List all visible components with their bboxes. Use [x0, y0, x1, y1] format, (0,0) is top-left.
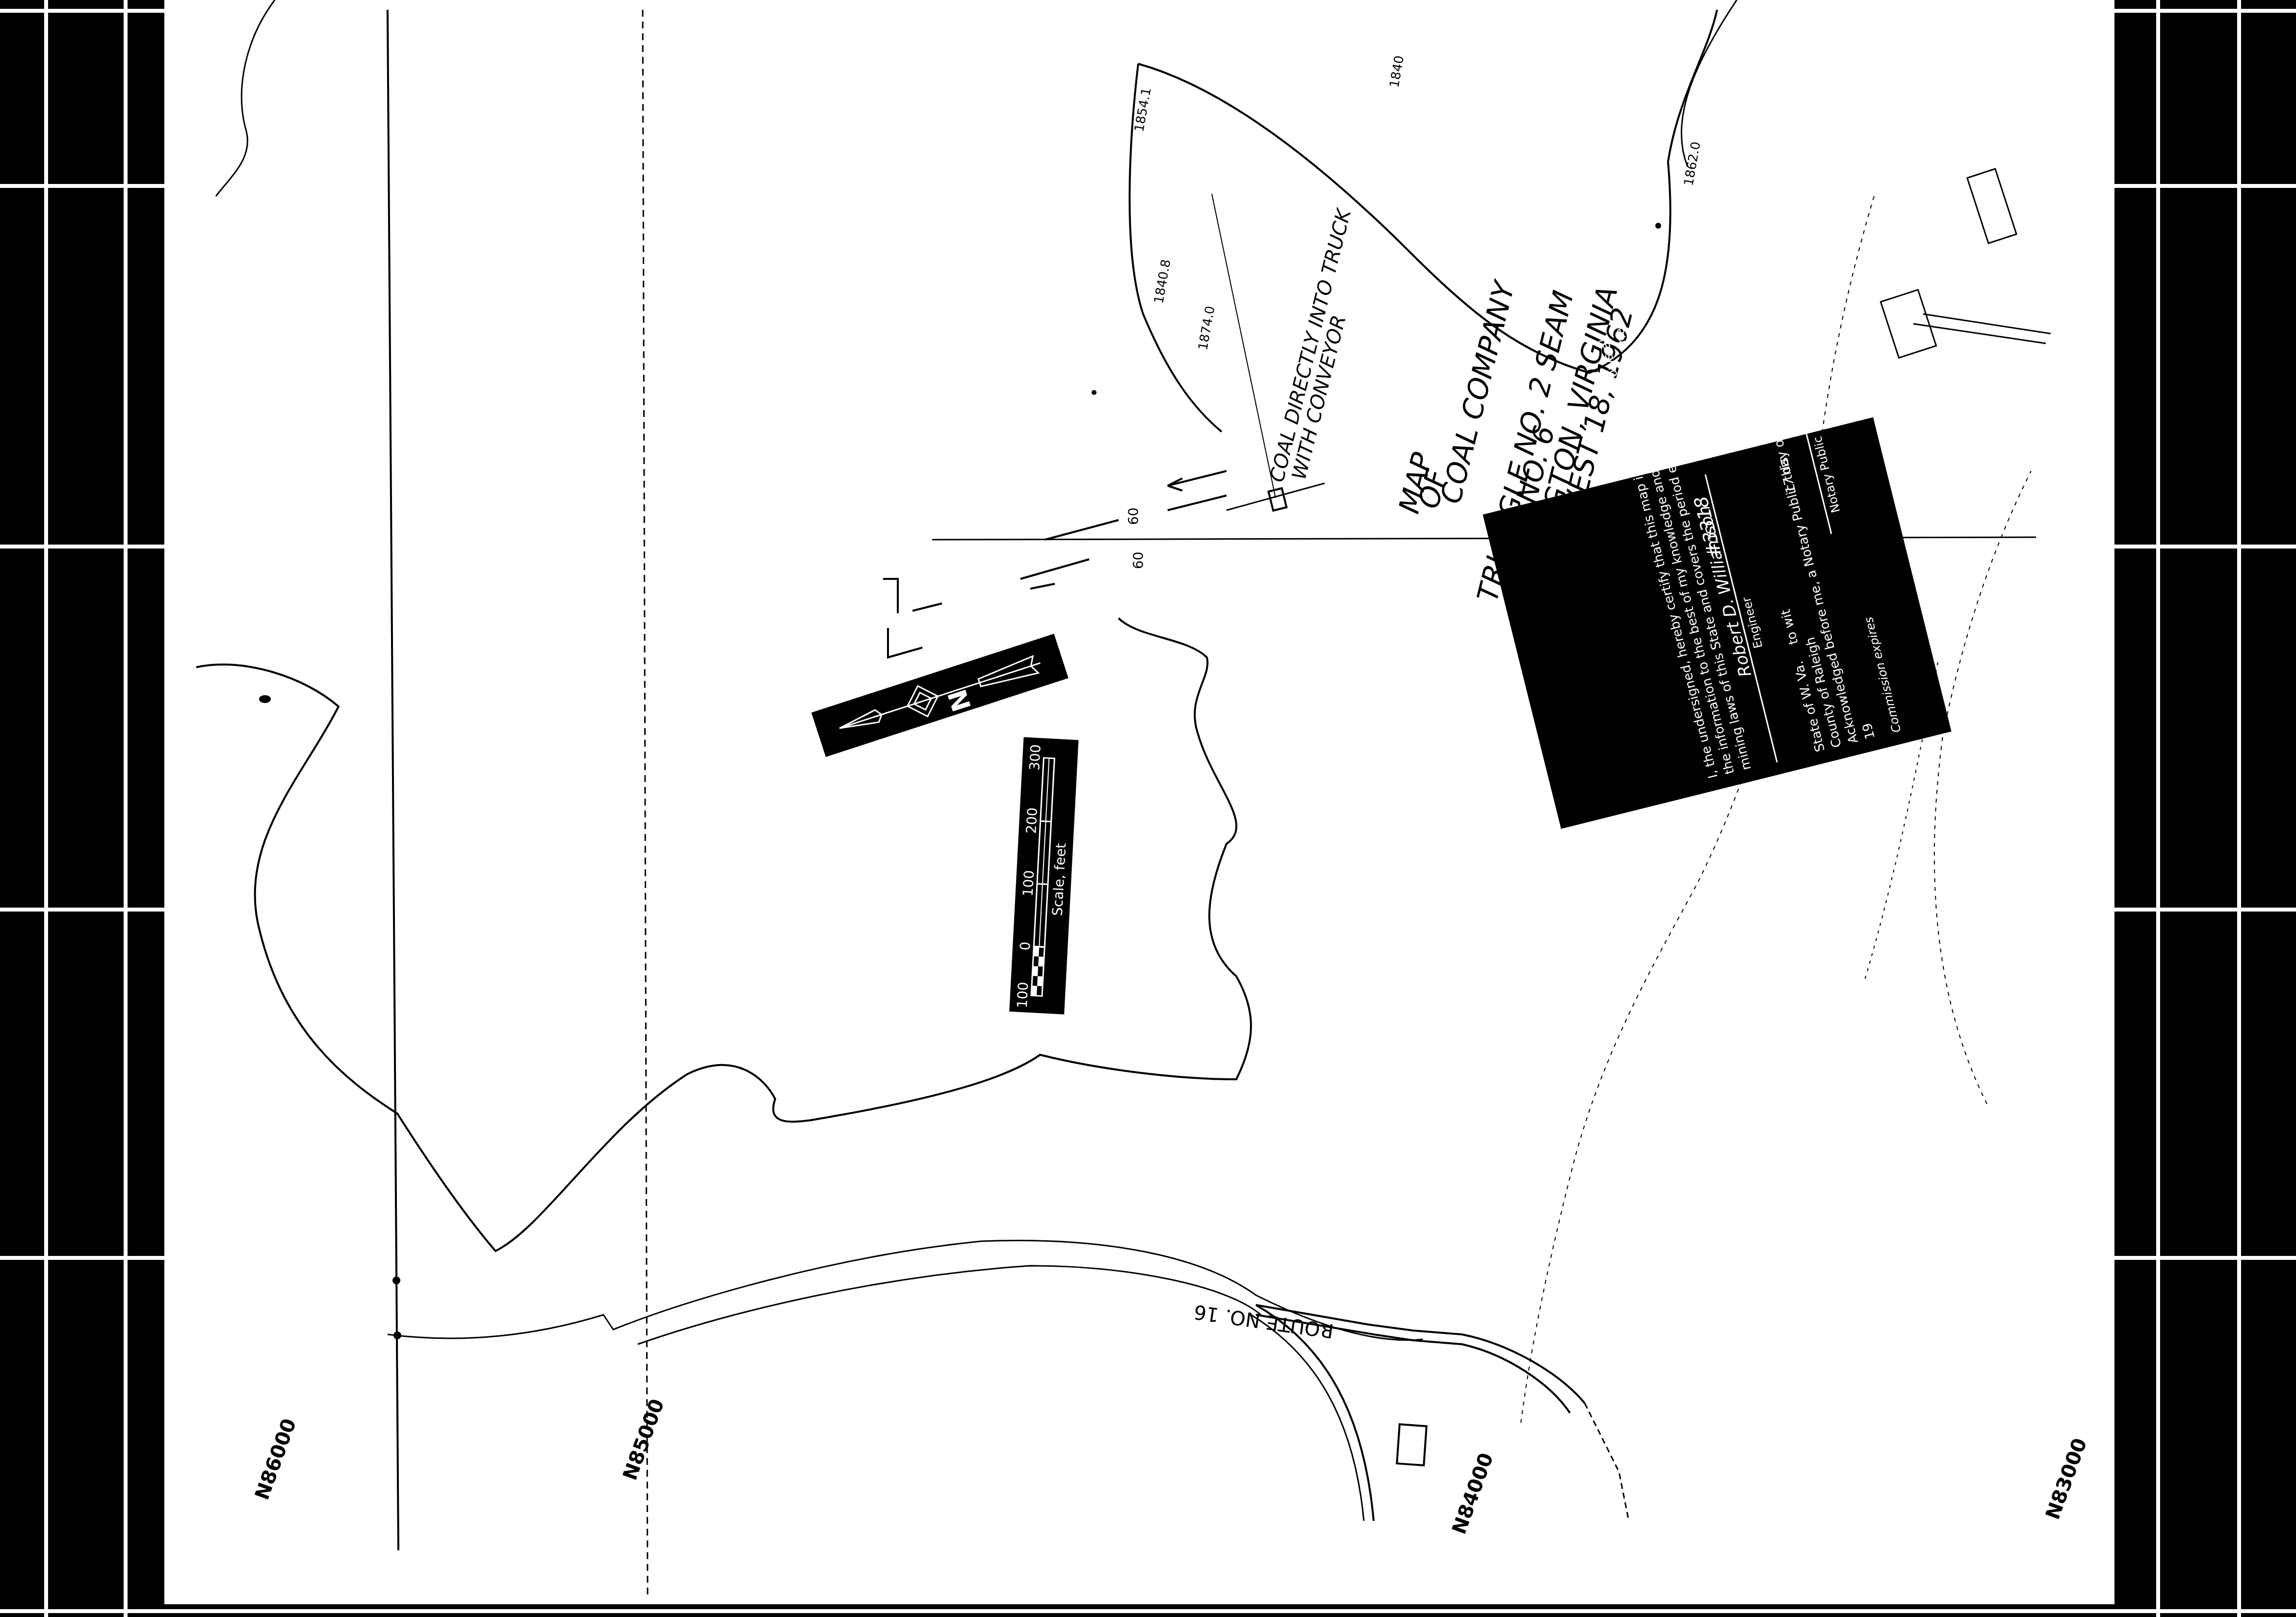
mine-map: 1840.8 1874.0 1854.1 1862.0 1840 60 60 C… [0, 0, 2296, 1617]
road-line [1934, 471, 2031, 1104]
grid-label-n84000: N84000 [1448, 1450, 1498, 1537]
svg-text:0: 0 [1017, 941, 1034, 951]
grid-label-n85000: N85000 [619, 1396, 669, 1483]
svg-text:1840: 1840 [1387, 54, 1407, 89]
scale-bar-panel: 100 0 100 200 300 Scale, feet [1009, 737, 1078, 1015]
outcrop-line [216, 0, 275, 196]
certification-panel: I, the undersigned, hereby certify that … [1447, 274, 1951, 829]
road-line [638, 1266, 1261, 1344]
section-line [1226, 483, 1325, 510]
flow-arrows [883, 471, 1226, 657]
section-label: 60 [1130, 551, 1147, 569]
svg-text:300: 300 [1026, 744, 1044, 771]
building [1397, 1424, 1426, 1465]
outcrop-line [196, 618, 1251, 1251]
svg-text:200: 200 [1023, 807, 1041, 834]
grid-label-n86000: N86000 [251, 1415, 301, 1503]
svg-text:1840.8: 1840.8 [1151, 258, 1174, 305]
grid-label-n83000: N83000 [2041, 1435, 2091, 1522]
svg-text:1862.0: 1862.0 [1681, 140, 1703, 187]
tipple-building [1880, 169, 2051, 358]
svg-text:100: 100 [1014, 982, 1032, 1009]
portal-box [1269, 488, 1287, 511]
survey-marks [259, 223, 1661, 1339]
month-value: Aug [1766, 415, 1786, 443]
grid-line [388, 10, 398, 1550]
svg-text:1874.0: 1874.0 [1196, 305, 1218, 351]
grid-line [643, 10, 648, 1594]
road-line [1585, 1403, 1629, 1521]
section-label: 60 [1125, 507, 1142, 525]
svg-text:100: 100 [1020, 870, 1038, 897]
conveyor-line [1212, 194, 1276, 498]
